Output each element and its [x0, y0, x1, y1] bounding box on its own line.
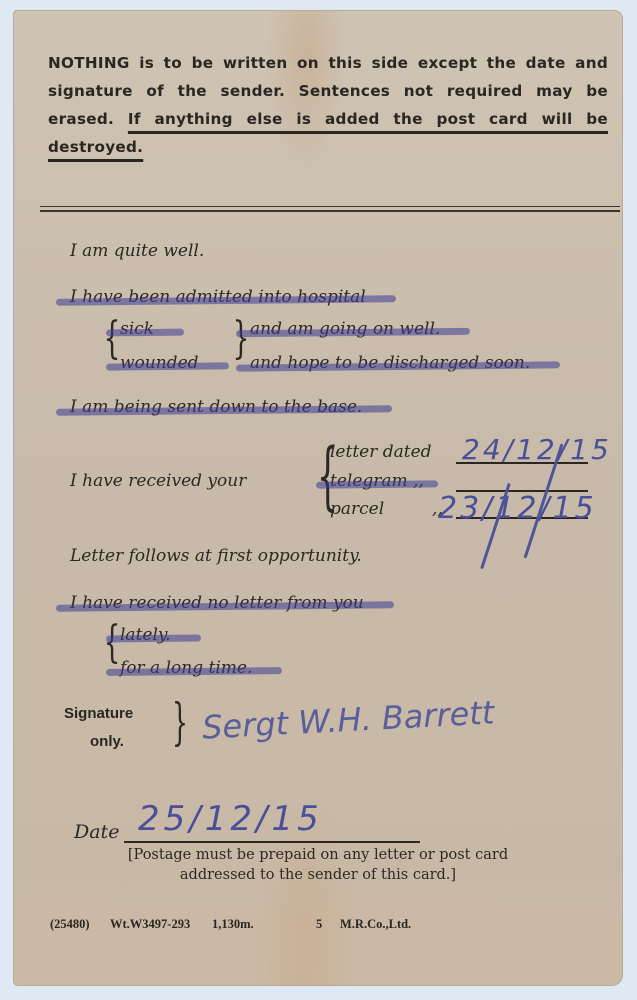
brace-signature: }: [172, 697, 188, 747]
signature-label: Signature: [64, 705, 133, 722]
signature-only-label: only.: [90, 733, 124, 750]
statement-going-well: and am going on well.: [250, 319, 440, 339]
print-code: (25480): [50, 917, 90, 932]
option-telegram: telegram: [330, 471, 408, 491]
notice-destroy-warning: If anything else is added the post card …: [48, 110, 608, 156]
print-quantity: 1,130m.: [212, 917, 254, 932]
warning-notice: NOTHING is to be written on this side ex…: [48, 49, 608, 161]
brace-left-sick-wounded: {: [104, 317, 121, 361]
divider-bottom: [40, 210, 620, 212]
date-label: Date: [74, 821, 119, 843]
option-lately: lately.: [120, 625, 171, 645]
postage-note-line-2: addressed to the sender of this card.]: [14, 867, 622, 883]
brace-no-letter: {: [104, 621, 121, 665]
field-service-post-card: NOTHING is to be written on this side ex…: [14, 11, 622, 985]
handwritten-parcel-date: 23/12/15: [438, 491, 597, 526]
statement-sent-base: I am being sent down to the base.: [70, 397, 362, 417]
option-wounded: wounded: [120, 353, 199, 373]
handwritten-letter-date: 24/12/15: [462, 433, 612, 466]
printer-name: M.R.Co.,Ltd.: [340, 917, 411, 932]
divider-top: [40, 206, 620, 207]
brace-right-sick-wounded: }: [233, 317, 250, 361]
print-number: 5: [316, 917, 322, 932]
date-line: [124, 841, 420, 843]
statement-no-letter: I have received no letter from you: [70, 593, 364, 613]
option-sick: sick: [120, 319, 154, 339]
print-wt: Wt.W3497-293: [110, 917, 190, 932]
statement-admitted: I have been admitted into hospital: [70, 287, 366, 307]
statement-quite-well: I am quite well.: [70, 241, 204, 261]
statement-received-your: I have received your: [70, 471, 246, 491]
statement-hope-discharged: and hope to be discharged soon.: [250, 353, 530, 373]
option-long-time: for a long time.: [120, 658, 252, 678]
handwritten-signature: Sergt W.H. Barrett: [201, 693, 495, 746]
option-letter-dated: letter dated: [330, 442, 432, 462]
handwritten-date: 25/12/15: [138, 799, 323, 839]
option-parcel: parcel: [330, 499, 384, 519]
statement-letter-follows: Letter follows at first opportunity.: [70, 546, 362, 566]
postage-note-line-1: [Postage must be prepaid on any letter o…: [14, 847, 622, 863]
